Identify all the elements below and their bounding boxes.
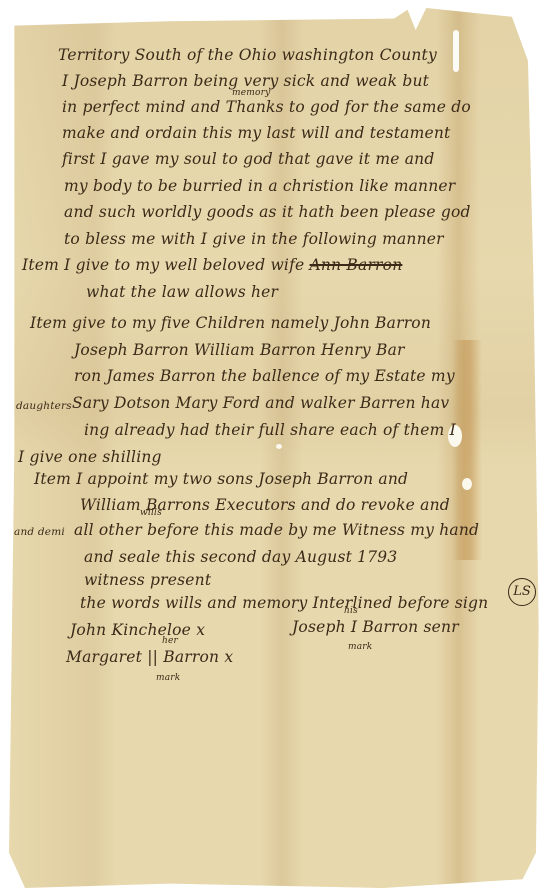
insertion-wills: wills [140, 508, 162, 518]
testator-last: Barron senr [362, 618, 458, 636]
doc-line-16: I give one shilling [18, 448, 162, 466]
witness-2-mark: || [147, 648, 158, 666]
bequest-wife: Item I give to my well beloved wife [22, 256, 304, 274]
doc-line-14: Sary Dotson Mary Ford and walker Barren … [72, 394, 449, 412]
his-label: his [344, 606, 358, 616]
doc-line-11: Item give to my five Children namely Joh… [30, 314, 431, 332]
doc-line-21: witness present [84, 571, 211, 589]
witness-1-signature: John Kincheloe x [70, 621, 205, 639]
witness-1-mark: x [196, 621, 205, 639]
margin-note-and-demi: and demi [14, 526, 65, 538]
seal-icon: LS [508, 578, 536, 606]
doc-line-13: ron James Barron the ballence of my Esta… [74, 367, 455, 385]
witness-2-last: Barron [163, 648, 219, 666]
doc-line-12: Joseph Barron William Barron Henry Bar [74, 341, 405, 359]
doc-line-6: my body to be burried in a christion lik… [64, 177, 455, 195]
doc-line-22: the words wills and memory Interlined be… [80, 594, 488, 612]
margin-note-daughters: daughters [16, 400, 72, 412]
his-mark-label: mark [348, 642, 372, 652]
witness-2-first: Margaret [66, 648, 142, 666]
doc-line-3: in perfect mind and Thanks to god for th… [62, 98, 471, 116]
doc-line-15: ing already had their full share each of… [84, 421, 456, 439]
doc-line-7: and such worldly goods as it hath been p… [64, 203, 471, 221]
doc-line-18: William Barrons Executors and do revoke … [80, 496, 450, 514]
doc-line-1: Territory South of the Ohio washington C… [58, 46, 437, 64]
paper-hole [276, 444, 282, 449]
paper-hole [462, 478, 472, 490]
doc-line-20: and seale this second day August 1793 [84, 548, 397, 566]
testator-mark: I [351, 618, 357, 636]
paper-tear [453, 30, 459, 72]
her-mark-label: mark [156, 673, 180, 683]
insertion-memory: memory [232, 88, 270, 98]
struck-name: Ann Barron [310, 256, 403, 274]
doc-line-19: all other before this made by me Witness… [74, 521, 479, 539]
testator-signature: Joseph I Barron senr [292, 618, 459, 636]
testator-first: Joseph [292, 618, 346, 636]
doc-line-10: what the law allows her [86, 283, 278, 301]
her-label: her [162, 636, 178, 646]
witness-2-x: x [224, 648, 233, 666]
doc-line-5: first I gave my soul to god that gave it… [62, 150, 435, 168]
witness-2-signature: Margaret || Barron x [66, 648, 233, 666]
doc-line-9: Item I give to my well beloved wife Ann … [22, 256, 402, 274]
doc-line-17: Item I appoint my two sons Joseph Barron… [34, 470, 408, 488]
doc-line-8: to bless me with I give in the following… [64, 230, 444, 248]
doc-line-4: make and ordain this my last will and te… [62, 124, 450, 142]
